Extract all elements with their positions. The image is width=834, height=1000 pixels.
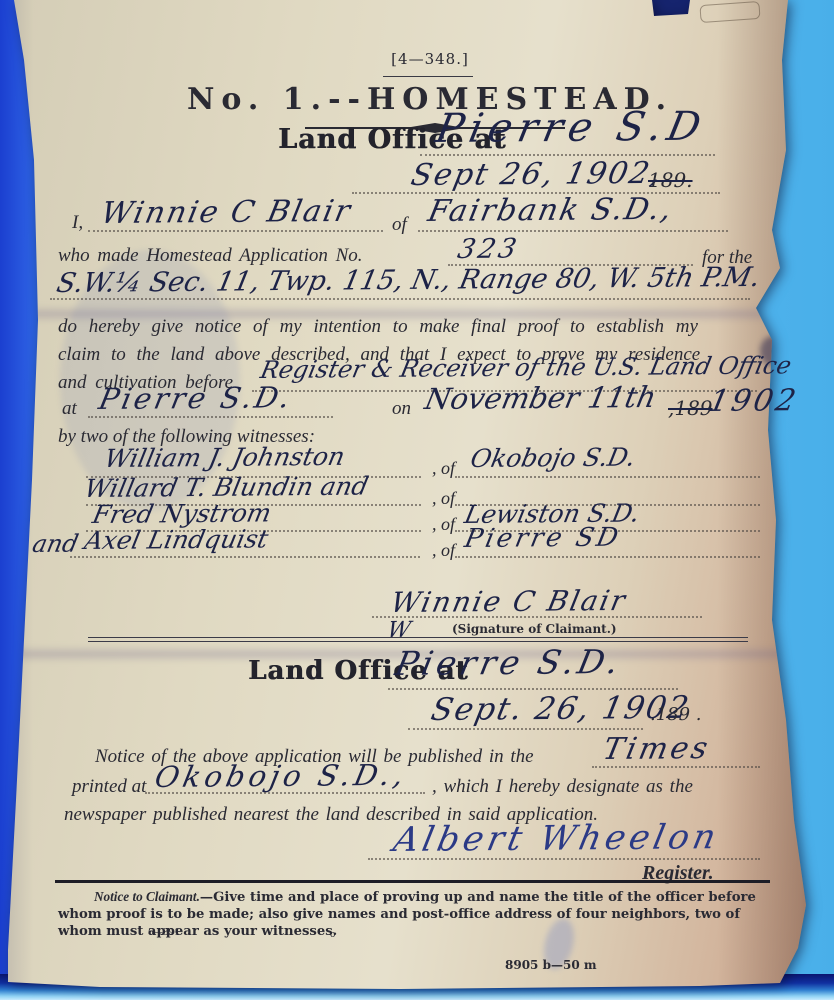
proof-year: 1902: [706, 383, 802, 419]
form-number: [4—348.]: [300, 50, 560, 68]
dotted-line: [592, 766, 760, 768]
dotted-line: [455, 556, 760, 558]
print-code: 8905 b—50 m: [505, 958, 597, 972]
dotted-line: [408, 728, 643, 730]
land-office-value-2: Pierre S.D.: [392, 642, 626, 683]
printed-at-label: printed at: [72, 776, 146, 798]
witness-4-name: Axel Lindquist: [82, 524, 271, 555]
date-year-struck: 189.: [648, 168, 693, 192]
dotted-line: [88, 416, 333, 418]
section-divider-rule: [88, 637, 748, 642]
footer-notice-lead: Notice to Claimant.: [94, 889, 200, 904]
dotted-line: [70, 556, 420, 558]
at-label: at: [62, 398, 77, 420]
register-signature: Albert Wheelon: [390, 817, 723, 860]
claimant-signature: Winnie C Blair: [388, 584, 630, 619]
witness-4-residence: Pierre SD: [462, 523, 624, 554]
body-line-1: do hereby give notice of my intention to…: [58, 316, 698, 338]
witness-3-of: , of: [432, 514, 455, 535]
dotted-line: [88, 230, 383, 232]
dotted-line: [50, 298, 750, 300]
application-number: 323: [455, 233, 522, 265]
application-label: who made Homestead Application No.: [58, 245, 363, 267]
dotted-line: [368, 858, 760, 860]
footer-mark: o: [330, 930, 335, 940]
on-label: on: [392, 398, 411, 420]
witness-2-of: , of: [432, 488, 455, 509]
of-label: of: [392, 214, 407, 236]
dotted-line: [455, 476, 760, 478]
witness-1-of: , of: [432, 458, 455, 479]
scanned-homestead-form: [4—348.] No. 1.--HOMESTEAD. Land Office …: [0, 0, 834, 1000]
land-office-value: Pierre S.D: [432, 104, 711, 152]
header-underline: [383, 76, 473, 77]
proof-date: November 11th: [422, 380, 659, 416]
witness-1-name: William J. Johnston: [102, 442, 347, 473]
dotted-line: [372, 616, 702, 618]
newspaper-name: Times: [600, 731, 714, 767]
dotted-line: [418, 230, 728, 232]
witness-4-of: , of: [432, 540, 455, 561]
witness-4-prefix: and: [30, 530, 81, 558]
land-description: S.W.¼ Sec. 11, Twp. 115, N., Range 80, W…: [54, 262, 763, 299]
date-handwritten: Sept 26, 1902,: [408, 156, 666, 193]
claimant-name: Winnie C Blair: [98, 194, 355, 231]
witness-1-residence: Okobojo S.D.: [468, 443, 638, 473]
dotted-line: [145, 792, 425, 794]
printed-at-value: Okobojo S.D.,: [152, 758, 411, 794]
claimant-residence: Fairbank S.D.,: [425, 192, 676, 229]
signature-caption: (Signature of Claimant.): [452, 622, 617, 636]
date-print-2: .189 .: [650, 704, 702, 725]
claimant-intro: I,: [72, 212, 83, 234]
proof-place: Pierre S.D.: [96, 380, 296, 416]
notice-line-2: , which I hereby designate as the: [432, 776, 693, 798]
footer-rule: [55, 880, 770, 883]
footer-form-code: 6—391: [148, 928, 180, 938]
officer-value: Register & Receiver of the U.S. Land Off…: [258, 351, 794, 384]
